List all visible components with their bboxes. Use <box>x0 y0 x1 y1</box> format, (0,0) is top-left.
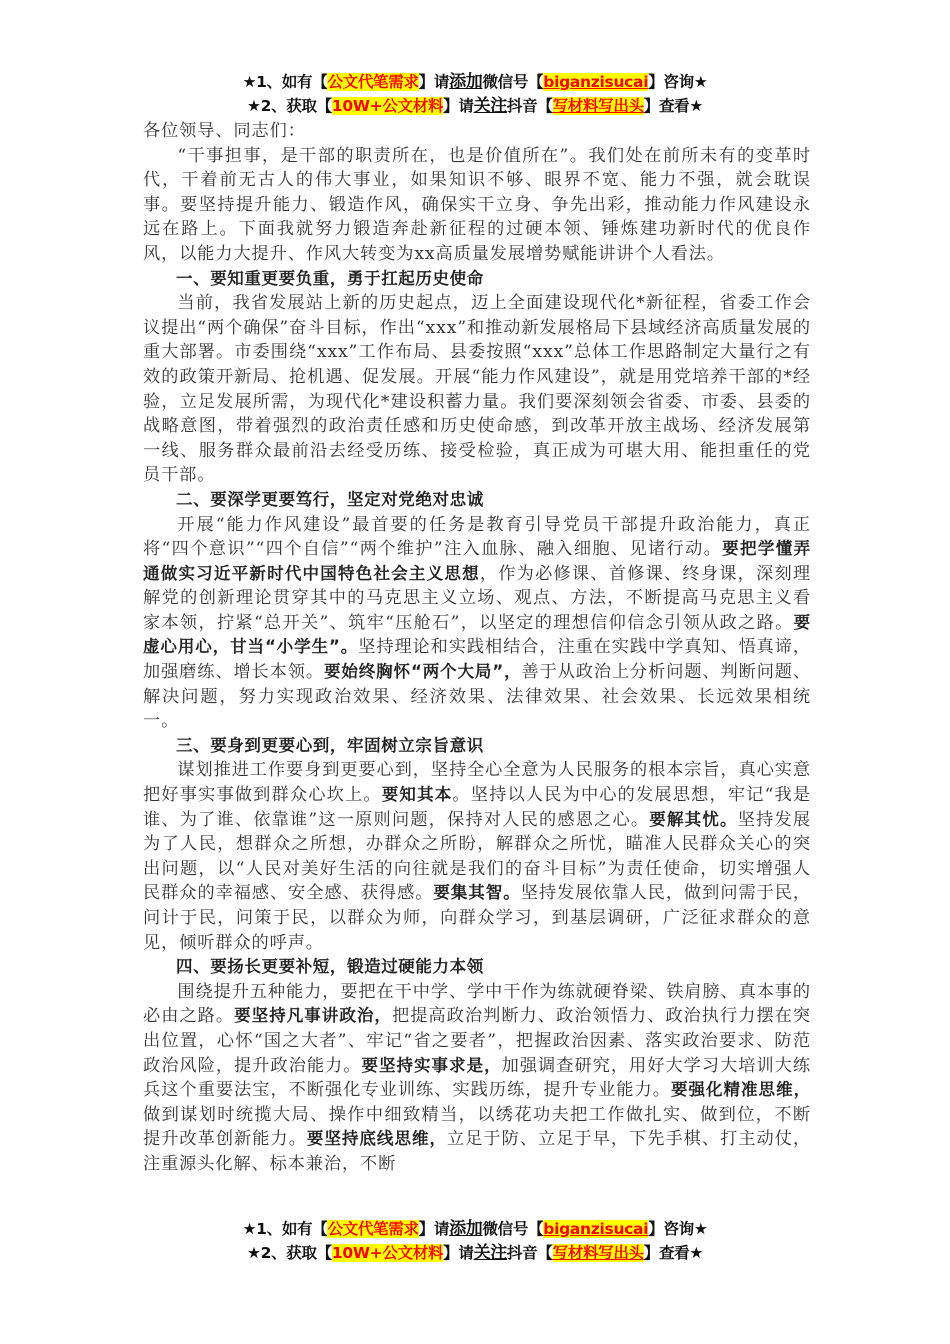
promo-text: ★2、获取【 <box>247 1244 332 1262</box>
promo-highlight-materials: 10W+公文材料 <box>332 1244 443 1262</box>
promo-text: 抖音【 <box>507 1244 553 1262</box>
promo-line-2: ★2、获取【10W+公文材料】请关注抖音【写材料写出头】查看★ <box>0 94 950 118</box>
bold-key-point: 要解其忧。 <box>649 810 737 829</box>
promo-highlight-materials: 10W+公文材料 <box>332 97 443 115</box>
section-paragraph: 当前，我省发展站上新的历史起点，迈上全面建设现代化*新征程，省委工作会议提出“两… <box>143 291 811 488</box>
paragraph-text: 开展“能力作风建设”最首要的任务是教育引导党员干部提升政治能力，真正将“四个意识… <box>143 515 811 560</box>
promo-text: 】请 <box>443 97 473 115</box>
promo-line-2: ★2、获取【10W+公文材料】请关注抖音【写材料写出头】查看★ <box>0 1241 950 1265</box>
document-page: ★1、如有【公文代笔需求】请添加微信号【biganzisucai】咨询★ ★2、… <box>0 0 950 1344</box>
bold-key-point: 要坚持底线思维， <box>307 1129 447 1148</box>
promo-text: 】请 <box>419 1220 449 1238</box>
bold-key-point: 要集其智。 <box>433 883 520 902</box>
document-sections: 一、要知重更要负重，勇于扛起历史使命当前，我省发展站上新的历史起点，迈上全面建设… <box>143 267 811 1177</box>
promo-text: 】咨询★ <box>648 73 707 91</box>
section-heading: 一、要知重更要负重，勇于扛起历史使命 <box>143 267 811 292</box>
intro-paragraph: “干事担事，是干部的职责所在，也是价值所在”。我们处在前所未有的变革时代，干着前… <box>143 144 811 267</box>
bold-key-point: 要始终胸怀“两个大局”， <box>324 662 522 681</box>
section-heading: 四、要扬长更要补短，锻造过硬能力本领 <box>143 955 811 980</box>
promo-text: 抖音【 <box>507 97 553 115</box>
promo-banner-top: ★1、如有【公文代笔需求】请添加微信号【biganzisucai】咨询★ ★2、… <box>0 70 950 118</box>
document-body: 各位领导、同志们： “干事担事，是干部的职责所在，也是价值所在”。我们处在前所未… <box>143 119 811 1177</box>
promo-text: 】查看★ <box>644 97 703 115</box>
section-heading: 三、要身到更要心到，牢固树立宗旨意识 <box>143 734 811 759</box>
bold-key-point: 要坚持实事求是， <box>361 1056 501 1075</box>
promo-emphasis-add: 添加 <box>449 72 482 92</box>
paragraph-text: 当前，我省发展站上新的历史起点，迈上全面建设现代化*新征程，省委工作会议提出“两… <box>143 293 811 485</box>
section-paragraph: 谋划推进工作要身到更要心到，坚持全心全意为人民服务的根本宗旨，真心实意把好事实事… <box>143 758 811 955</box>
promo-banner-bottom: ★1、如有【公文代笔需求】请添加微信号【biganzisucai】咨询★ ★2、… <box>0 1217 950 1265</box>
promo-highlight-wechat-id: biganzisucai <box>543 73 648 91</box>
section-paragraph: 围绕提升五种能力，要把在干中学、学中干作为练就硬脊梁、铁肩膀、真本事的必由之路。… <box>143 980 811 1177</box>
promo-line-1: ★1、如有【公文代笔需求】请添加微信号【biganzisucai】咨询★ <box>0 1217 950 1241</box>
salutation: 各位领导、同志们： <box>143 119 811 144</box>
section-heading: 二、要深学更要笃行，坚定对党绝对忠诚 <box>143 488 811 513</box>
promo-text: 微信号【 <box>482 73 543 91</box>
promo-text: ★2、获取【 <box>247 97 332 115</box>
promo-highlight-douyin-account: 写材料写出头 <box>553 1244 644 1262</box>
promo-text: 】请 <box>419 73 449 91</box>
promo-text: 微信号【 <box>482 1220 543 1238</box>
bold-key-point: 要坚持凡事讲政治， <box>234 1006 392 1025</box>
promo-text: ★1、如有【 <box>243 1220 328 1238</box>
section-paragraph: 开展“能力作风建设”最首要的任务是教育引导党员干部提升政治能力，真正将“四个意识… <box>143 513 811 734</box>
promo-emphasis-follow: 关注 <box>474 1243 507 1263</box>
promo-emphasis-add: 添加 <box>449 1219 482 1239</box>
promo-text: 】查看★ <box>644 1244 703 1262</box>
promo-line-1: ★1、如有【公文代笔需求】请添加微信号【biganzisucai】咨询★ <box>0 70 950 94</box>
promo-text: 】请 <box>443 1244 473 1262</box>
promo-text: ★1、如有【 <box>243 73 328 91</box>
promo-emphasis-follow: 关注 <box>474 96 507 116</box>
promo-text: 】咨询★ <box>648 1220 707 1238</box>
bold-key-point: 要知其本 <box>382 785 453 804</box>
promo-highlight-service: 公文代笔需求 <box>327 1220 418 1238</box>
promo-highlight-douyin-account: 写材料写出头 <box>553 97 644 115</box>
promo-highlight-wechat-id: biganzisucai <box>543 1220 648 1238</box>
bold-key-point: 要强化精准思维， <box>671 1080 811 1099</box>
promo-highlight-service: 公文代笔需求 <box>327 73 418 91</box>
